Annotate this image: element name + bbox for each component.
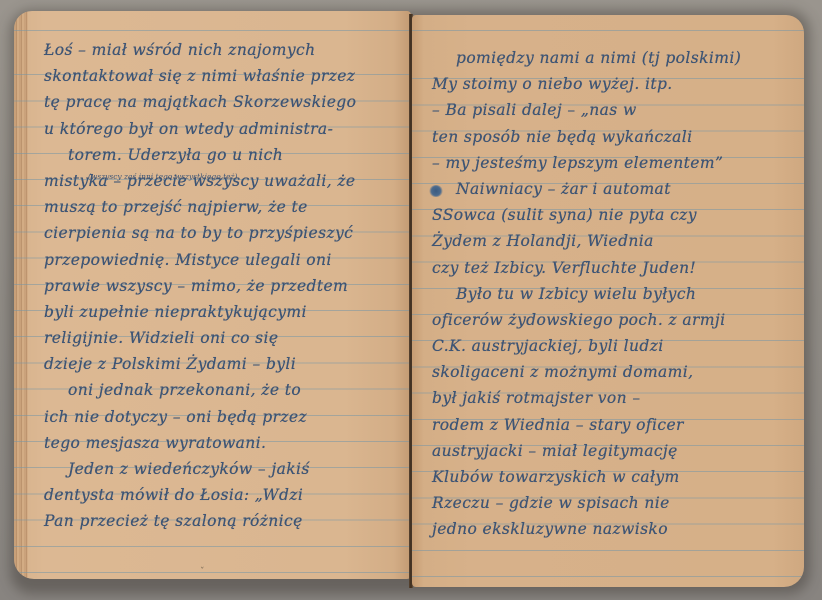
handwritten-line: czy też Izbicy. Verfluchte Juden! bbox=[432, 255, 790, 281]
handwritten-line: austryjacki – miał legitymację bbox=[432, 438, 790, 464]
handwritten-line: oni jednak przekonani, że to bbox=[44, 377, 397, 403]
page-edge-stack bbox=[14, 11, 28, 579]
handwritten-line: Łoś – miał wśród nich znajomych bbox=[44, 37, 397, 63]
handwritten-line: tę pracę na majątkach Skorzewskiego bbox=[44, 89, 397, 115]
handwritten-line: jedno ekskluzywne nazwisko bbox=[432, 516, 790, 542]
left-page: Łoś – miał wśród nich znajomych skontakt… bbox=[14, 11, 411, 579]
handwritten-line: pomiędzy nami a nimi (tj polskimi) bbox=[432, 45, 790, 71]
handwritten-line: ten sposób nie będą wykańczali bbox=[432, 124, 790, 150]
handwritten-line: Jeden z wiedeńczyków – jakiś bbox=[44, 456, 397, 482]
handwritten-line: Rzeczu – gdzie w spisach nie bbox=[432, 490, 790, 516]
handwritten-line: oficerów żydowskiego poch. z armji bbox=[432, 307, 790, 333]
handwritten-line: ich nie dotyczy – oni będą przez bbox=[44, 404, 397, 430]
left-page-text: Łoś – miał wśród nich znajomych skontakt… bbox=[44, 37, 397, 535]
handwritten-line: muszą to przejść najpierw, że te bbox=[44, 194, 397, 220]
handwritten-line: torem. Uderzyła go u nich bbox=[44, 142, 397, 168]
ink-blot bbox=[429, 185, 443, 197]
handwritten-line: Pan przecież tę szaloną różnicę bbox=[44, 508, 397, 534]
handwritten-line: Naiwniacy – żar i automat bbox=[432, 176, 790, 202]
handwritten-line: Żydem z Holandji, Wiednia bbox=[432, 228, 790, 254]
handwritten-line: – my jesteśmy lepszym elementem” bbox=[432, 150, 790, 176]
handwritten-line: religijnie. Widzieli oni co się bbox=[44, 325, 397, 351]
handwritten-line: byli zupełnie niepraktykującymi bbox=[44, 299, 397, 325]
right-page: pomiędzy nami a nimi (tj polskimi) My st… bbox=[412, 15, 804, 587]
handwritten-line: C.K. austryjackiej, byli ludzi bbox=[432, 333, 790, 359]
handwritten-line: skoligaceni z możnymi domami, bbox=[432, 359, 790, 385]
right-page-text: pomiędzy nami a nimi (tj polskimi) My st… bbox=[432, 45, 790, 543]
handwritten-line: – Ba pisali dalej – „nas w bbox=[432, 97, 790, 123]
handwritten-line: tego mesjasza wyratowani. bbox=[44, 430, 397, 456]
handwritten-line: dentysta mówił do Łosia: „Wdzi bbox=[44, 482, 397, 508]
interlinear-note: (wszyscy zaś inni tego wszystkiego też) bbox=[88, 172, 237, 181]
handwritten-line: Klubów towarzyskich w całym bbox=[432, 464, 790, 490]
scan-background: Łoś – miał wśród nich znajomych skontakt… bbox=[0, 0, 822, 600]
handwritten-line: skontaktował się z nimi właśnie przez bbox=[44, 63, 397, 89]
handwritten-line: dzieje z Polskimi Żydami – byli bbox=[44, 351, 397, 377]
handwritten-line: cierpienia są na to by to przyśpieszyć bbox=[44, 220, 397, 246]
handwritten-line: SSowca (sulit syna) nie pyta czy bbox=[432, 202, 790, 228]
handwritten-line: był jakiś rotmajster von – bbox=[432, 385, 790, 411]
paper-mark: ˇ bbox=[200, 567, 205, 577]
handwritten-line: u którego był on wtedy administra- bbox=[44, 116, 397, 142]
handwritten-line: Było tu w Izbicy wielu byłych bbox=[432, 281, 790, 307]
handwritten-line: rodem z Wiednia – stary oficer bbox=[432, 412, 790, 438]
handwritten-line: przepowiednię. Mistyce ulegali oni bbox=[44, 247, 397, 273]
handwritten-line: prawie wszyscy – mimo, że przedtem bbox=[44, 273, 397, 299]
handwritten-line: My stoimy o niebo wyżej. itp. bbox=[432, 71, 790, 97]
